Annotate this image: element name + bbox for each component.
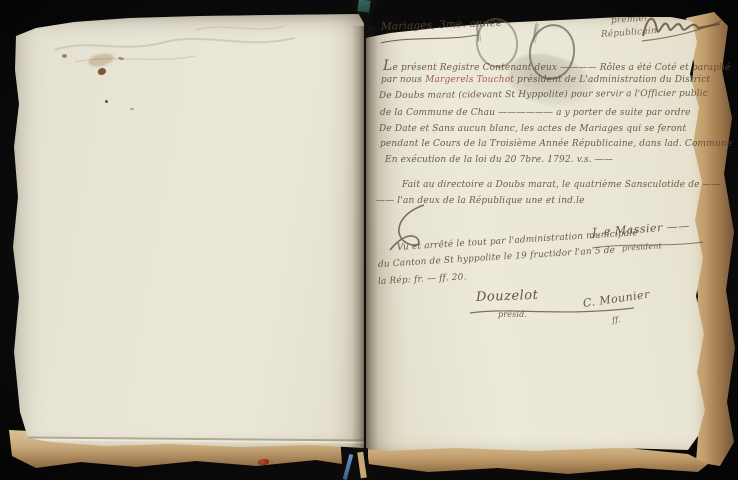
manuscript-line: pendant le Cours de la Troisième Année R… — [380, 139, 732, 149]
manuscript-line: de la Commune de Chau —————— a y porter … — [380, 108, 691, 118]
stain-spot — [130, 108, 134, 110]
signature-secretary-mark: ff. — [611, 315, 621, 325]
line-suffix: président de L'administration du Distric… — [514, 75, 710, 85]
left-page — [10, 12, 364, 452]
paraph-flourish-icon — [640, 8, 725, 48]
corrected-name: Margerels Touchot — [425, 75, 514, 85]
line-prefix: par nous — [381, 75, 425, 85]
book-gutter — [352, 26, 378, 450]
signature-municipal: Douzelot — [476, 288, 539, 305]
manuscript-line: par nous Margerels Touchot président de … — [381, 75, 710, 85]
manuscript-line: Le présent Registre Contenant deux ———— … — [383, 58, 731, 74]
title-underline-flourish — [379, 34, 479, 46]
bleedthrough-marks — [45, 20, 325, 75]
manuscript-line: En exécution de la loi du 20 7bre. 1792.… — [385, 155, 613, 165]
scanned-register-photo: Mariages, 3me. année premier Républicain… — [0, 0, 738, 480]
stain-spot — [105, 100, 108, 103]
manuscript-line: De Date et Sans aucun blanc, les actes d… — [379, 124, 686, 134]
signature-municipal-title: présid. — [498, 310, 527, 319]
manuscript-line: Fait au directoire a Doubs marat, le qua… — [402, 180, 721, 190]
bookmark-ribbon-top — [357, 0, 370, 13]
